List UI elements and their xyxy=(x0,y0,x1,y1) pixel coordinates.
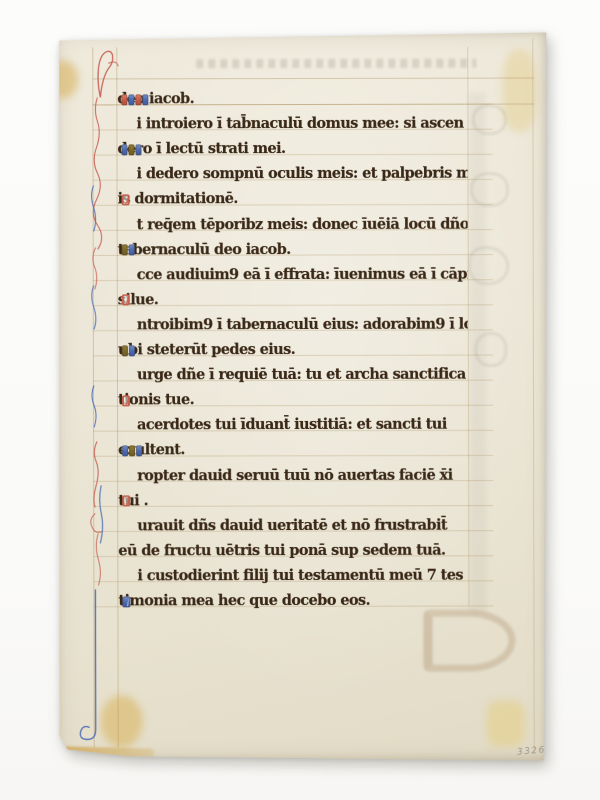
text-line: ubi steterūt pedes eius. xyxy=(118,339,468,361)
text-line: Propter dauid seruū tuū nō auertas faciē… xyxy=(118,464,468,486)
filler-segment-blue xyxy=(128,94,134,105)
filler-segment-red-outline xyxy=(122,295,130,306)
manuscript-text: ropter dauid seruū tuū nō auertas faciē … xyxy=(137,464,452,486)
text-line: silue. xyxy=(118,288,468,310)
manuscript-text: ubi steterūt pedes eius. xyxy=(118,339,295,360)
text-line: Iurauit dñs dauid ueritatē et nō frustra… xyxy=(118,514,468,536)
text-line: tionis tue. xyxy=(118,389,468,411)
text-line: tui . xyxy=(118,489,468,511)
manuscript-text: i dedero sompnū oculis meis: et palpebri… xyxy=(137,163,468,185)
manuscript-text: t req̄em tēporibz meis: donec īuēiā locū… xyxy=(137,213,468,235)
text-line: timonia mea hec que docebo eos. xyxy=(118,590,468,612)
manuscript-text: timonia mea hec que docebo eos. xyxy=(118,590,370,612)
manuscript-text: ntroibim9 ī tabernaculū eius: adorabim9 … xyxy=(137,314,468,336)
filler-segment-red-outline xyxy=(122,395,130,406)
manuscript-text: tabernaculū deo iacob. xyxy=(118,239,291,260)
text-line: exultent. xyxy=(118,439,468,461)
line-filler xyxy=(121,144,141,155)
manuscript-text: i introiero ī tab̄naculū domus mee: si a… xyxy=(136,113,463,135)
text-line: Introibim9 ī tabernaculū eius: adorabim9… xyxy=(118,314,468,336)
line-filler xyxy=(122,295,130,306)
filler-segment-blue xyxy=(121,144,127,155)
text-line: Si dedero sompnū oculis meis: et palpebr… xyxy=(118,163,468,185)
parchment: deo iacob.Si introiero ī tab̄naculū domu… xyxy=(56,32,549,762)
filler-segment-gold xyxy=(128,144,134,155)
line-filler xyxy=(122,244,135,255)
filler-segment-blue xyxy=(122,596,130,607)
text-line: dero ī lectū strati mei. xyxy=(117,138,467,160)
text-line: is dormitationē. xyxy=(118,188,468,210)
manuscript-text: cce audiuim9 eā ī effrata: īuenimus eā ī… xyxy=(137,263,468,285)
filler-segment-red-outline xyxy=(122,495,130,506)
manuscript-leaf: deo iacob.Si introiero ī tab̄naculū domu… xyxy=(56,32,549,762)
filler-segment-gold xyxy=(122,345,128,356)
manuscript-text: i custodierint filij tui testamentū meū … xyxy=(137,565,463,587)
text-line: eū de fructu uētris tui ponā sup sedem t… xyxy=(118,539,468,561)
manuscript-text: is dormitationē. xyxy=(118,189,238,210)
manuscript-text: urauit dñs dauid ueritatē et nō frustrab… xyxy=(137,514,447,536)
filler-segment-red-outline xyxy=(122,194,130,205)
filler-segment-gold xyxy=(122,244,128,255)
manuscript-text: eū de fructu uētris tui ponā sup sedem t… xyxy=(118,539,445,561)
line-filler xyxy=(122,395,130,406)
filler-segment-gold xyxy=(129,445,135,456)
manuscript-photo: { "leaf": { "inscription": "3326", "colo… xyxy=(0,0,600,800)
manuscript-text: dero ī lectū strati mei. xyxy=(117,138,285,159)
filler-segment-blue xyxy=(136,445,142,456)
line-filler xyxy=(122,495,130,506)
line-filler xyxy=(122,445,142,456)
filler-segment-blue xyxy=(135,144,141,155)
line-filler xyxy=(122,345,135,356)
text-line: Sacerdotes tui īduant̄ iustitiā: et sanc… xyxy=(118,414,468,436)
text-line: Si custodierint filij tui testamentū meū… xyxy=(118,565,468,587)
text-block: deo iacob.Si introiero ī tab̄naculū domu… xyxy=(117,33,469,763)
text-line: Ecce audiuim9 eā ī effrata: īuenimus eā … xyxy=(118,263,468,285)
filler-segment-red xyxy=(121,94,127,105)
text-line: tabernaculū deo iacob. xyxy=(118,238,468,260)
filler-segment-blue xyxy=(129,244,135,255)
text-line: Surge dñe ī requiē tuā: tu et archa sanc… xyxy=(118,364,468,386)
filler-segment-blue xyxy=(142,94,148,105)
filler-segment-red xyxy=(135,94,141,105)
text-line: Et req̄em tēporibz meis: donec īuēiā loc… xyxy=(118,213,468,235)
filler-segment-blue xyxy=(122,445,128,456)
line-filler xyxy=(122,194,130,205)
manuscript-text: urge dñe ī requiē tuā: tu et archa sanct… xyxy=(137,364,466,386)
line-filler xyxy=(122,596,130,607)
text-line: deo iacob. xyxy=(117,88,467,110)
filler-segment-blue xyxy=(129,345,135,356)
line-filler xyxy=(121,94,148,105)
text-line: Si introiero ī tab̄naculū domus mee: si … xyxy=(117,113,467,135)
manuscript-text: acerdotes tui īduant̄ iustitiā: et sanct… xyxy=(137,414,447,436)
